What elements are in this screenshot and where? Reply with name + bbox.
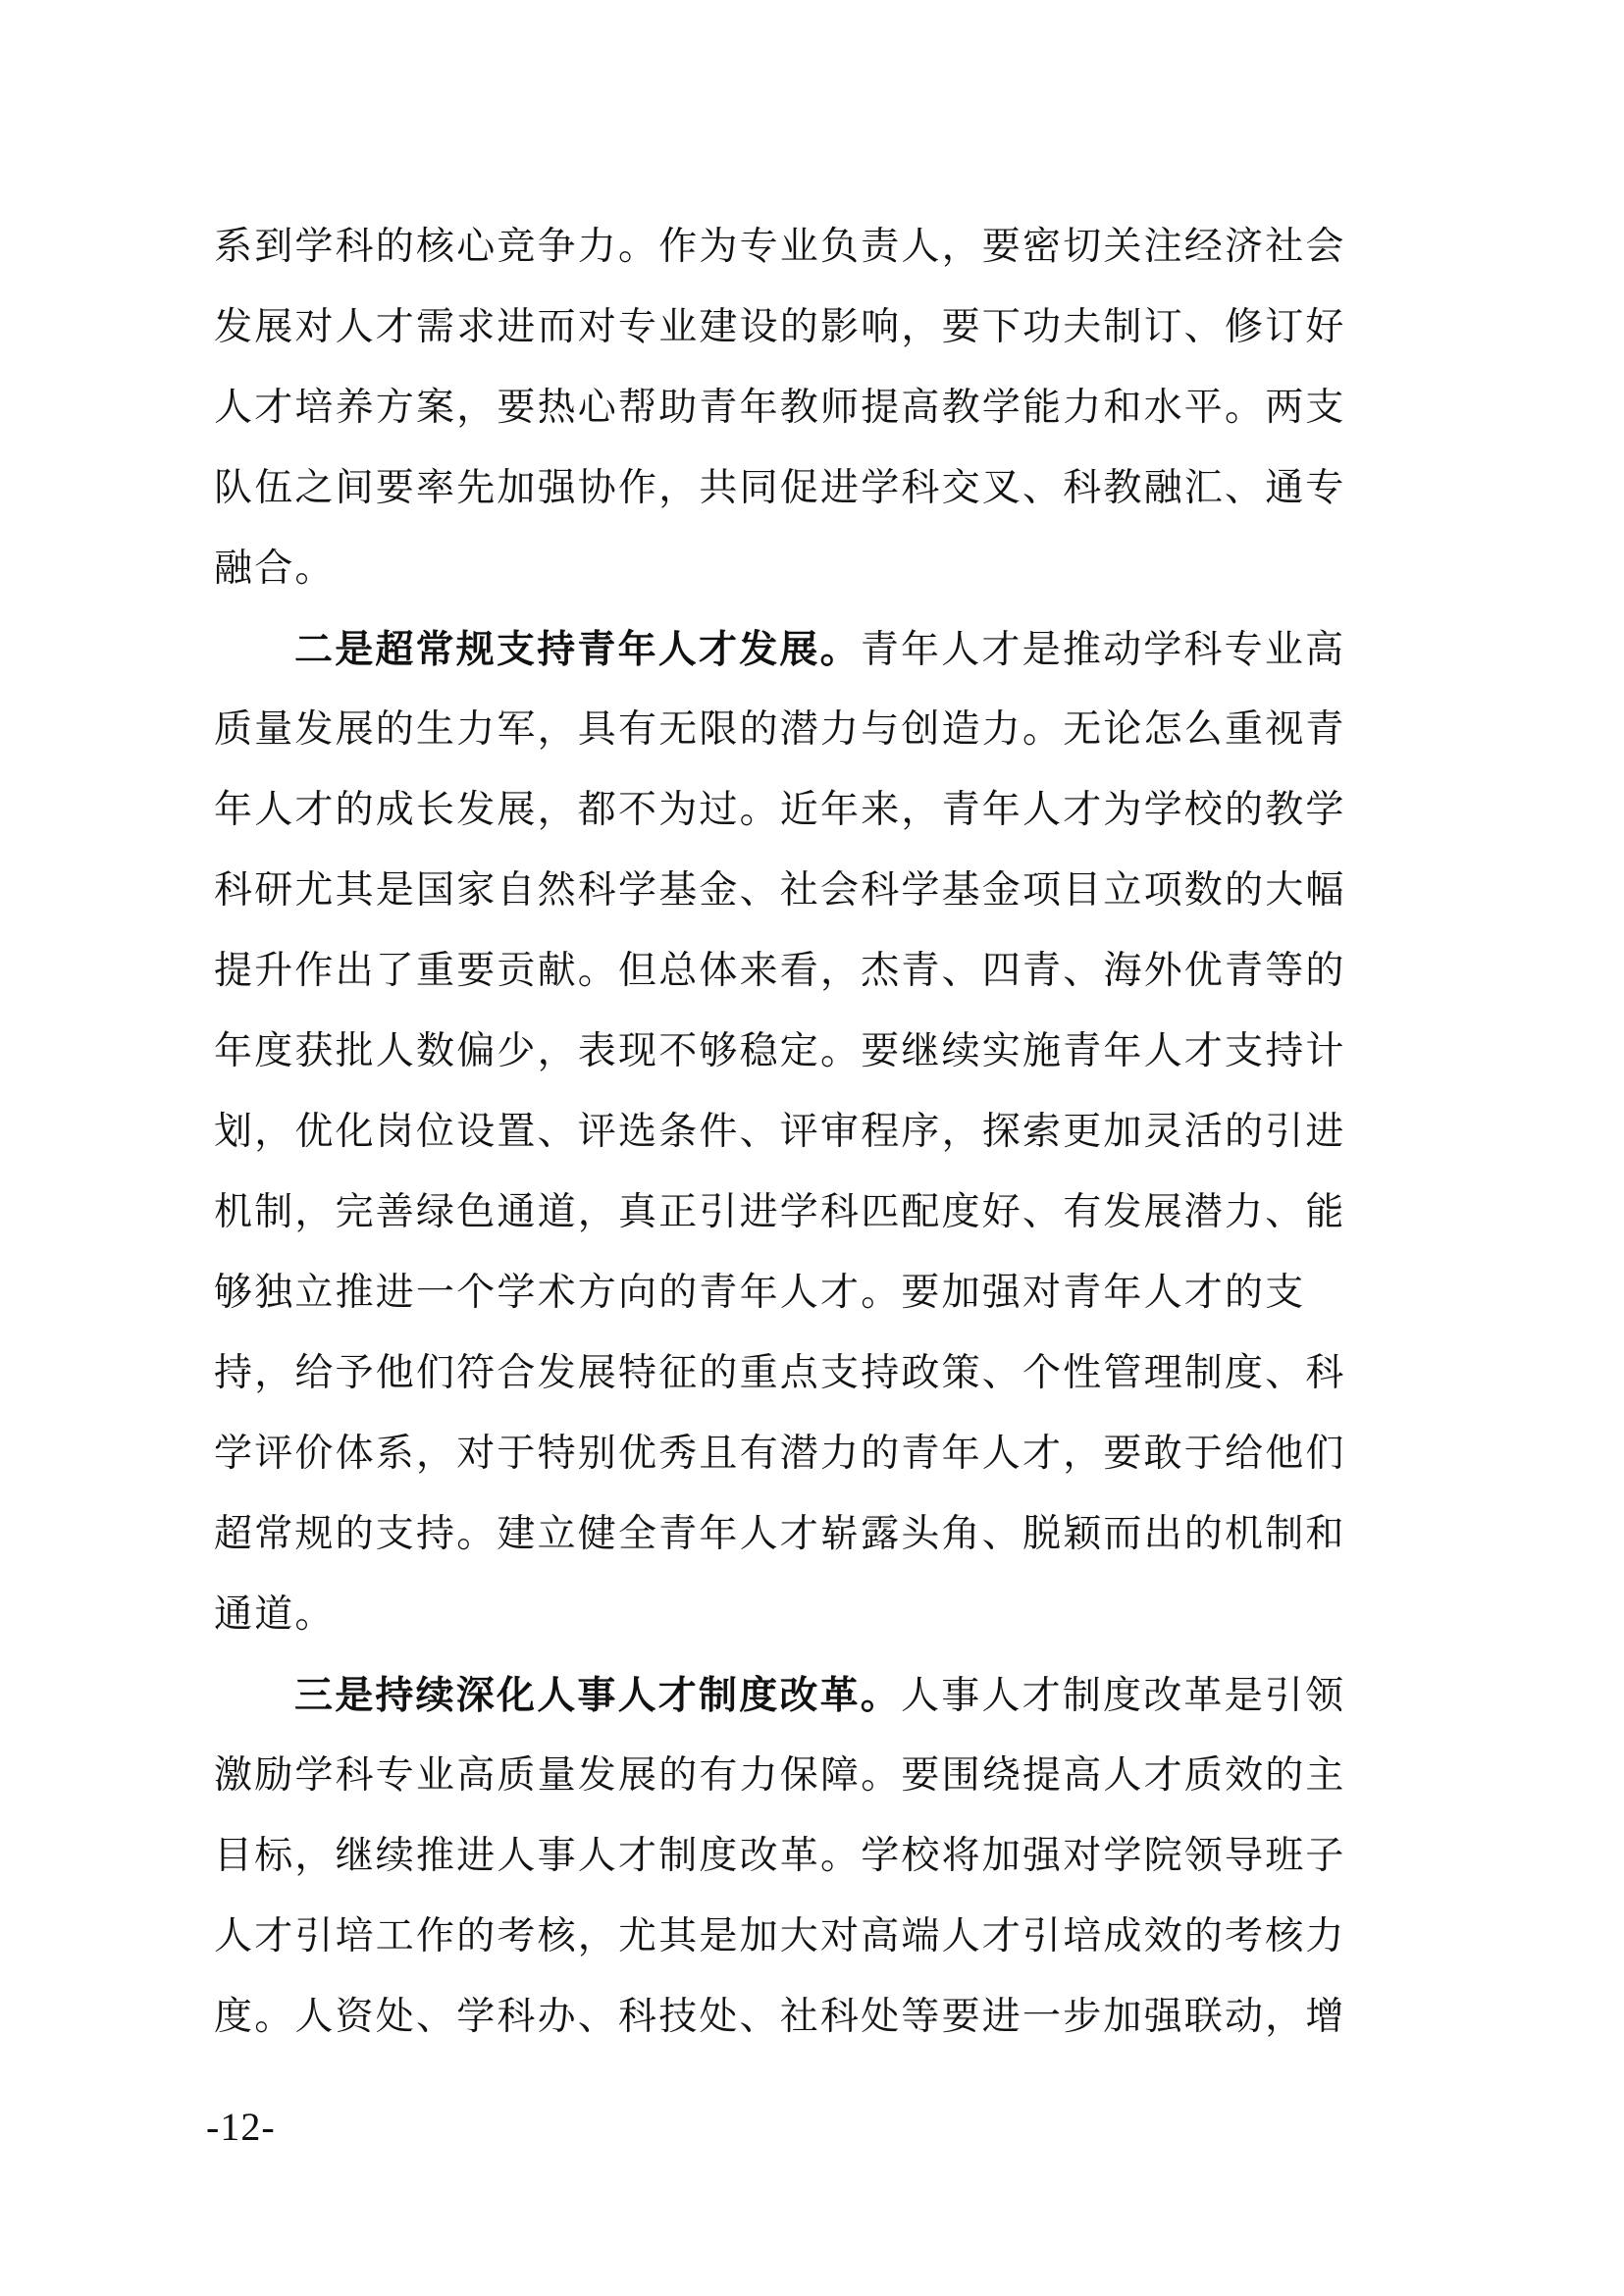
paragraph-1-line-5: 融合。 [214, 540, 1450, 599]
paragraph-1-line-2: 发展对人才需求进而对专业建设的影响，要下功夫制订、修订好 [214, 298, 1450, 357]
page-number: -12- [206, 2100, 276, 2155]
paragraph-3-line-3: 目标，继续推进人事人才制度改革。学校将加强对学院领导班子 [214, 1827, 1450, 1886]
paragraph-2-first-line: 二是超常规支持青年人才发展。青年人才是推动学科专业高 [294, 620, 1531, 679]
paragraph-2-line-5: 提升作出了重要贡献。但总体来看，杰青、四青、海外优青等的 [214, 942, 1450, 1001]
paragraph-1-line-1: 系到学科的核心竞争力。作为专业负责人，要密切关注经济社会 [214, 218, 1450, 277]
paragraph-2-line-6: 年度获批人数偏少，表现不够稳定。要继续实施青年人才支持计 [214, 1022, 1450, 1081]
paragraph-3-first-line-text: 人事人才制度改革是引领 [901, 1674, 1345, 1718]
paragraph-1-line-3: 人才培养方案，要热心帮助青年教师提高教学能力和水平。两支 [214, 379, 1450, 438]
document-page: 系到学科的核心竞争力。作为专业负责人，要密切关注经济社会 发展对人才需求进而对专… [0, 0, 1624, 2296]
paragraph-3-first-line: 三是持续深化人事人才制度改革。人事人才制度改革是引领 [294, 1666, 1531, 1725]
paragraph-3-line-4: 人才引培工作的考核，尤其是加大对高端人才引培成效的考核力 [214, 1907, 1450, 1966]
paragraph-2-lead-heading: 二是超常规支持青年人才发展。 [294, 627, 861, 672]
paragraph-3-lead-heading: 三是持续深化人事人才制度改革。 [294, 1673, 901, 1718]
paragraph-2-line-11: 学评价体系，对于特别优秀且有潜力的青年人才，要敢于给他们 [214, 1425, 1450, 1484]
paragraph-3-line-5: 度。人资处、学科办、科技处、社科处等要进一步加强联动，增 [214, 1988, 1450, 2047]
paragraph-2-line-2: 质量发展的生力军，具有无限的潜力与创造力。无论怎么重视青 [214, 701, 1450, 759]
paragraph-2-line-9: 够独立推进一个学术方向的青年人才。要加强对青年人才的支 [214, 1264, 1450, 1323]
paragraph-2-line-4: 科研尤其是国家自然科学基金、社会科学基金项目立项数的大幅 [214, 861, 1450, 920]
paragraph-2-line-12: 超常规的支持。建立健全青年人才崭露头角、脱颖而出的机制和 [214, 1505, 1450, 1564]
paragraph-2-line-10: 持，给予他们符合发展特征的重点支持政策、个性管理制度、科 [214, 1344, 1450, 1403]
paragraph-2-line-8: 机制，完善绿色通道，真正引进学科匹配度好、有发展潜力、能 [214, 1183, 1450, 1242]
paragraph-3-line-2: 激励学科专业高质量发展的有力保障。要围绕提高人才质效的主 [214, 1747, 1450, 1805]
paragraph-1-line-4: 队伍之间要率先加强协作，共同促进学科交叉、科教融汇、通专 [214, 459, 1450, 518]
paragraph-2-line-7: 划，优化岗位设置、评选条件、评审程序，探索更加灵活的引进 [214, 1103, 1450, 1162]
paragraph-2-first-line-text: 青年人才是推动学科专业高 [861, 628, 1345, 672]
paragraph-2-line-13: 通道。 [214, 1586, 1450, 1644]
paragraph-2-line-3: 年人才的成长发展，都不为过。近年来，青年人才为学校的教学 [214, 781, 1450, 840]
